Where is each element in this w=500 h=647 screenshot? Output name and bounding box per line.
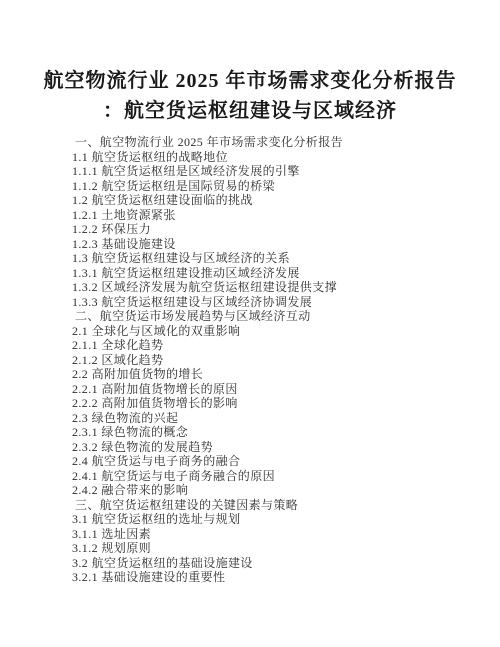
toc-item: 3.2.1 基础设施建设的重要性 bbox=[72, 570, 480, 585]
toc-item: 1.3.1 航空货运枢纽建设推动区域经济发展 bbox=[72, 266, 480, 281]
toc-item: 三、航空货运枢纽建设的关键因素与策略 bbox=[72, 498, 480, 513]
toc-item: 2.3.2 绿色物流的发展趋势 bbox=[72, 440, 480, 455]
toc-item: 1.1.2 航空货运枢纽是国际贸易的桥梁 bbox=[72, 179, 480, 194]
toc-item: 1.2.2 环保压力 bbox=[72, 222, 480, 237]
toc-item: 1.1 航空货运枢纽的战略地位 bbox=[72, 150, 480, 165]
toc-item: 1.2.1 土地资源紧张 bbox=[72, 208, 480, 223]
document-page: 航空物流行业 2025 年市场需求变化分析报告 ：航空货运枢纽建设与区域经济 一… bbox=[0, 0, 500, 647]
toc-item: 1.3.3 航空货运枢纽建设与区域经济协调发展 bbox=[72, 295, 480, 310]
toc-item: 二、航空货运市场发展趋势与区域经济互动 bbox=[72, 309, 480, 324]
toc-item: 一、航空物流行业 2025 年市场需求变化分析报告 bbox=[72, 135, 480, 150]
toc-item: 2.2 高附加值货物的增长 bbox=[72, 367, 480, 382]
toc-item: 2.4.2 融合带来的影响 bbox=[72, 483, 480, 498]
toc-item: 2.4.1 航空货运与电子商务融合的原因 bbox=[72, 469, 480, 484]
report-title-line1: 航空物流行业 2025 年市场需求变化分析报告 bbox=[0, 66, 500, 96]
toc-item: 2.3.1 绿色物流的概念 bbox=[72, 425, 480, 440]
toc-item: 3.1.1 选址因素 bbox=[72, 527, 480, 542]
toc-item: 3.2 航空货运枢纽的基础设施建设 bbox=[72, 556, 480, 571]
toc-item: 2.2.1 高附加值货物增长的原因 bbox=[72, 382, 480, 397]
toc-item: 2.3 绿色物流的兴起 bbox=[72, 411, 480, 426]
toc-item: 2.4 航空货运与电子商务的融合 bbox=[72, 454, 480, 469]
toc-item: 2.2.2 高附加值货物增长的影响 bbox=[72, 396, 480, 411]
toc-item: 2.1.1 全球化趋势 bbox=[72, 338, 480, 353]
toc-item: 1.3 航空货运枢纽建设与区域经济的关系 bbox=[72, 251, 480, 266]
toc-item: 1.2.3 基础设施建设 bbox=[72, 237, 480, 252]
toc-list: 一、航空物流行业 2025 年市场需求变化分析报告1.1 航空货运枢纽的战略地位… bbox=[0, 135, 500, 585]
toc-item: 1.2 航空货运枢纽建设面临的挑战 bbox=[72, 193, 480, 208]
report-title-line2: ：航空货运枢纽建设与区域经济 bbox=[0, 96, 500, 126]
page-title: 航空物流行业 2025 年市场需求变化分析报告 ：航空货运枢纽建设与区域经济 bbox=[0, 0, 500, 126]
toc-item: 2.1.2 区域化趋势 bbox=[72, 353, 480, 368]
toc-item: 1.1.1 航空货运枢纽是区域经济发展的引擎 bbox=[72, 164, 480, 179]
toc-item: 2.1 全球化与区域化的双重影响 bbox=[72, 324, 480, 339]
toc-item: 3.1.2 规划原则 bbox=[72, 541, 480, 556]
toc-item: 3.1 航空货运枢纽的选址与规划 bbox=[72, 512, 480, 527]
toc-item: 1.3.2 区域经济发展为航空货运枢纽建设提供支撑 bbox=[72, 280, 480, 295]
